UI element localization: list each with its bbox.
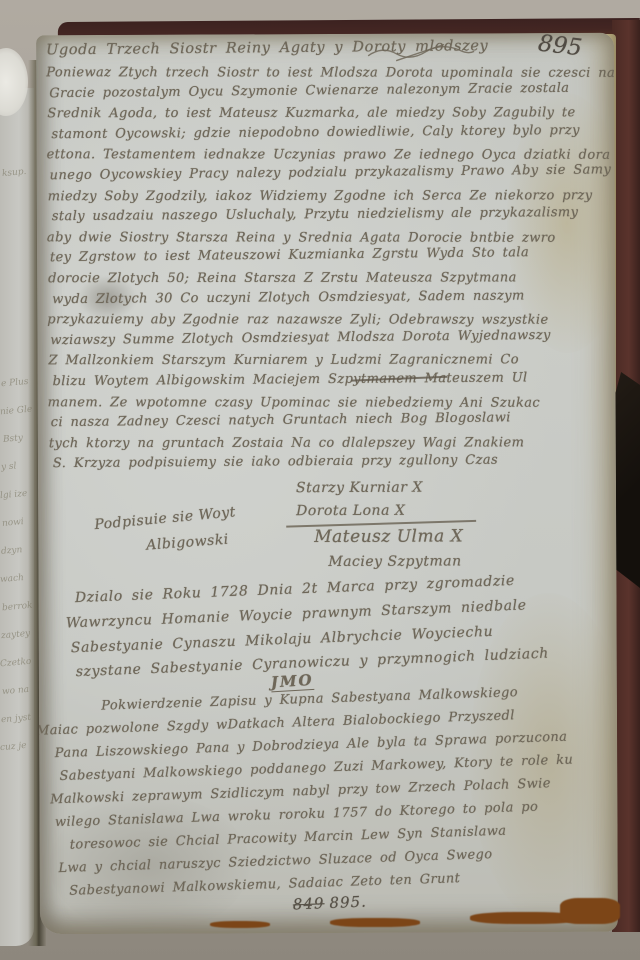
witness-signature: Mateusz Ulma X <box>314 526 463 547</box>
bleed-through-text: dzyn <box>1 545 23 557</box>
bleed-through-text: zaytey <box>1 629 31 642</box>
page-number: 895 <box>537 33 584 62</box>
clerk-signature: Podpisuie sie Woyt <box>94 504 237 533</box>
bleed-through-text: nowi <box>2 517 25 529</box>
confirmation-block: Pokwierdzenie Zapisu y Kupna Sabestyana … <box>39 681 618 700</box>
manuscript-line: Sabestyanowi Malkowskiemu, Sadaiac Zeto … <box>69 871 461 899</box>
manuscript-line: staly usadzaiu naszego Usluchaly, Przytu… <box>52 203 618 228</box>
binding-debris <box>560 898 620 924</box>
witness-signature: Maciey Szpytman <box>328 553 461 570</box>
bleed-through-text: lgi ize <box>0 489 28 501</box>
bleed-through-text: ksup. <box>2 167 27 179</box>
binding-debris <box>210 921 270 928</box>
bleed-through-text: e Plus <box>1 377 29 389</box>
bleed-through-text: wo na <box>2 685 30 697</box>
page-number: 895. <box>329 893 367 912</box>
manuscript-line: wyda Zlotych 30 Co uczyni Zlotych Osmdzi… <box>52 285 618 310</box>
manuscript-line: tey Zgrstow to iest Mateuszowi Kuzmianka… <box>50 243 618 270</box>
clerk-signature: Albigowski <box>146 532 230 554</box>
struck-page-number: 849 <box>293 894 325 913</box>
date-block: Dzialo sie Roku 1728 Dnia 2t Marca przy … <box>53 569 613 591</box>
witness-signature: Starzy Kurniar X <box>296 480 423 497</box>
photo-scene: ksup. e Plus nie Gle Bsty y sl lgi ize n… <box>0 0 640 960</box>
bleed-through-text: en jyst <box>1 713 32 726</box>
witness-signature: Dorota Lona X <box>296 503 405 519</box>
bleed-through-text: cuz je <box>0 741 27 753</box>
manuscript-line: stamont Oycowski; gdzie niepodobno dowie… <box>51 120 618 145</box>
body-text: Poniewaz Ztych trzech Siostr to iest Mlo… <box>46 61 618 475</box>
manuscript-page: 895 Ugoda Trzech Siostr Reiny Agaty y Do… <box>36 33 618 935</box>
manuscript-line: S. Krzyza podpisuiemy sie iako odbieraia… <box>53 450 618 475</box>
bleed-through-text: y sl <box>1 461 17 472</box>
page-number-bottom: 849895. <box>293 893 368 914</box>
bleed-through-text: Bsty <box>3 433 24 445</box>
bleed-through-text: wach <box>0 573 24 585</box>
manuscript-line: blizu Woytem Albigowskim Maciejem Szpytm… <box>52 368 617 393</box>
binding-debris <box>330 918 420 927</box>
monogram: JMO <box>270 671 314 692</box>
